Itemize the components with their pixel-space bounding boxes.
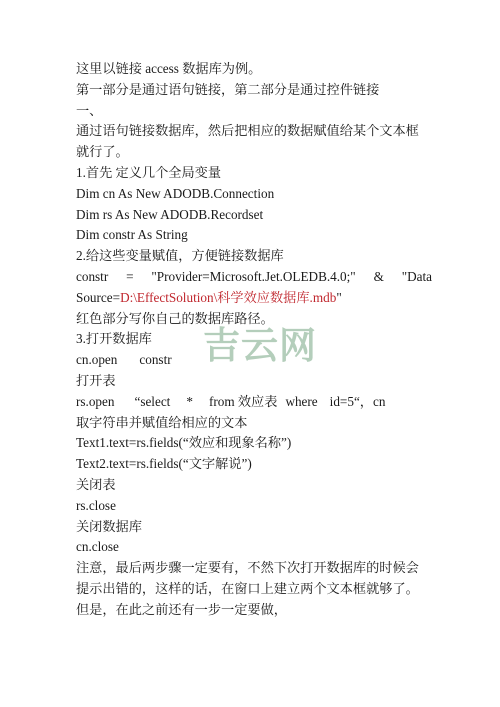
code-token: constr: [76, 267, 108, 288]
code-line: rs.close: [76, 496, 436, 517]
text-line: 打开表: [76, 371, 436, 392]
text-line: 关闭数据库: [76, 517, 436, 538]
text-line: 一、: [76, 101, 436, 122]
code-token: =: [126, 267, 133, 288]
code-line: Text1.text=rs.fields(“效应和现象名称”): [76, 433, 436, 454]
text-line: 提示出错的，这样的话，在窗口上建立两个文本框就够了。: [76, 579, 436, 600]
code-token: ": [336, 290, 341, 305]
code-token: cn.open: [76, 352, 117, 367]
text-line: 注意，最后两步骤一定要有，不然下次打开数据库的时候会: [76, 558, 436, 579]
watermark-logo: 吉云网: [203, 326, 317, 366]
code-token: *: [186, 394, 193, 409]
text-line: 关闭表: [76, 475, 436, 496]
text-line: 1.首先 定义几个全局变量: [76, 163, 436, 184]
text-line: 2.给这些变量赋值，方便链接数据库: [76, 246, 436, 267]
code-token: "Provider=Microsoft.Jet.OLEDB.4.0;": [151, 267, 355, 288]
text-line: 第一部分是通过语句链接，第二部分是通过控件链接: [76, 80, 436, 101]
source-code-line: Source=D:\EffectSolution\科学效应数据库.mdb": [76, 288, 436, 309]
code-line: cn.close: [76, 537, 436, 558]
code-line: Dim cn As New ADODB.Connection: [76, 184, 436, 205]
rs-open-code-line: rs.open“select*from 效应表whereid=5“，cn: [76, 392, 436, 413]
code-token: rs.open: [76, 394, 114, 409]
code-token: &: [374, 267, 384, 288]
code-token: “select: [134, 394, 170, 409]
text-line: 通过语句链接数据库，然后把相应的数据赋值给某个文本框: [76, 121, 436, 142]
code-token: Source=: [76, 290, 120, 305]
constr-code-line: constr = "Provider=Microsoft.Jet.OLEDB.4…: [76, 267, 432, 288]
code-token: constr: [139, 352, 171, 367]
text-line: 但是，在此之前还有一步一定要做，: [76, 600, 436, 621]
code-token: from 效应表: [209, 394, 278, 409]
text-line: 这里以链接 access 数据库为例。: [76, 59, 436, 80]
text-line: 取字符串并赋值给相应的文本: [76, 413, 436, 434]
text-line: 就行了。: [76, 142, 436, 163]
code-line: Dim rs As New ADODB.Recordset: [76, 205, 436, 226]
highlighted-db-path: D:\EffectSolution\科学效应数据库.mdb: [120, 290, 336, 305]
code-token: id=5“，cn: [330, 394, 386, 409]
code-line: Text2.text=rs.fields(“文字解说”): [76, 454, 436, 475]
code-token: "Data: [402, 267, 432, 288]
code-line: Dim constr As String: [76, 225, 436, 246]
code-token: where: [285, 394, 317, 409]
